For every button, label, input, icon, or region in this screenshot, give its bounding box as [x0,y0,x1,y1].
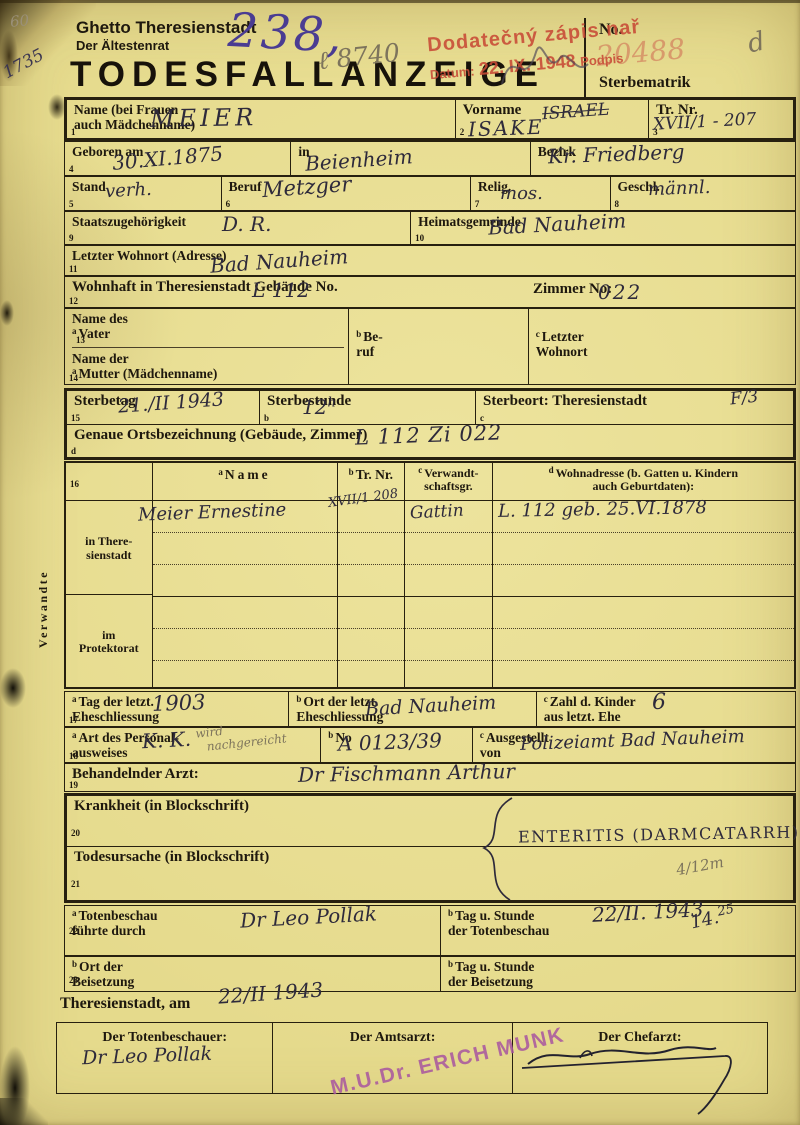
field-number: 6 [226,199,231,209]
corner-pencil-number: 60 [9,11,30,31]
field-number: 23 [69,975,78,985]
hw-sig-totenbeschauer: Dr Leo Pollak [82,1043,213,1070]
field-tag-beisetzung: bTag u. Stunde der Beisetzung [440,957,795,991]
field-number: 18 [69,751,78,761]
field-number: 5 [69,199,74,209]
field-number: 15 [71,413,80,423]
hw-genaue-orts: L 112 Zi 022 [355,420,503,449]
field-number: 4 [69,164,74,174]
corner-tear [0,1098,48,1125]
hw-rel-verwandtschaft: Gattin [410,501,465,524]
row-letzter-wohnort: Letzter Wohnort (Adresse) 11 [64,245,796,276]
scan-edge [0,0,800,3]
chefarzt-signature [520,1028,750,1118]
death-notice-form: Ghetto Theresienstadt Der Ältestenrat TO… [0,0,800,1125]
hw-religion: mos. [500,183,543,204]
hw-sterbestunde: 12h [302,395,336,419]
field-number: 17 [69,715,78,725]
hw-gebaeude-no: L 112 [252,278,310,302]
stamp-datum-label: Datum: [429,63,475,82]
field-sterbestunde: Sterbestunde b [259,391,475,424]
relatives-table: 16 in There- sienstadt im Protektorat aN… [64,461,796,689]
hw-zahl-kinder: 6 [652,690,666,715]
field-number: 8 [615,199,620,209]
hw-staat: D. R. [222,212,271,236]
margin-number: 1735 [0,45,47,83]
field-number: 14 [69,373,78,383]
row-eltern: Name des aVater 13 Name der aMutter (Mäd… [64,308,796,385]
handwritten-brace [468,796,524,902]
hw-tag-eheschliessung: 1903 [152,690,206,716]
table-col-name: aName [152,463,337,687]
field-number: 16 [70,479,79,489]
table-col-wohnadresse: dWohnadresse (b. Gatten u. Kindern auch … [492,463,794,687]
field-eltern-wohnort: cLetzter Wohnort [528,309,795,384]
table-row [153,661,337,693]
paper-hole [0,1046,30,1125]
sterbematrik-label: Sterbematrik [599,74,691,92]
additional-entry-stamp: Dodatečný zápis nař Datum: 22. IX. 1948 … [426,6,759,85]
field-number: 20 [71,828,80,838]
field-wohnhaft: Wohnhaft in Theresienstadt Gebäude No. Z… [65,277,795,307]
table-row [153,629,337,661]
field-number: 7 [475,199,480,209]
field-name: Name (bei Frauen auch Mädchenname) 1 [67,100,455,138]
hw-behandelnder-arzt: Dr Fischmann Arthur [298,759,515,787]
table-row [153,533,337,565]
paper-hole [0,300,14,326]
field-sub: b [264,413,269,423]
field-number: 13 [76,335,85,345]
hw-rel-adresse: L. 112 geb. 25.VI.1878 [498,497,707,522]
field-number: 21 [71,879,80,889]
verwandte-side-label: Verwandte [36,570,51,648]
field-number: 12 [69,296,78,306]
field-number: 11 [69,264,78,274]
field-number: 2 [460,127,465,137]
paper-hole [0,668,26,708]
hw-ausweis-no: A 0123/39 [338,728,443,756]
hw-sterbeort-note: F/3 [729,387,759,410]
field-sub: d [71,446,76,456]
table-row [153,597,337,629]
field-number: 1 [71,127,76,137]
place-date-label: Theresienstadt, am [60,995,190,1013]
hw-vorname: ISAKE [468,115,544,142]
hw-name: MEIER [150,103,258,133]
table-row [153,565,337,597]
field-number: 10 [415,233,424,243]
row-beisetzung: bOrt der Beisetzung 23 bTag u. Stunde de… [64,956,796,992]
field-number: 9 [69,233,74,243]
group-protektorat: im Protektorat [66,594,152,689]
table-col-groups: 16 in There- sienstadt im Protektorat [66,463,152,687]
field-eltern-beruf: bBe- ruf [348,309,528,384]
hw-art-ausweis: K. K. [141,727,191,754]
row-staat: Staatszugehörigkeit 9 Heimatsgemeinde 10 [64,211,796,245]
row-wohnhaft: Wohnhaft in Theresienstadt Gebäude No. Z… [64,276,796,308]
field-letzter-wohnort: Letzter Wohnort (Adresse) 11 [65,246,795,275]
box-krankheit: Krankheit (in Blockschrift) 20 Todesursa… [64,793,796,903]
pencil-scribble [498,36,593,98]
field-eltern-namen: Name des aVater 13 Name der aMutter (Mäd… [65,309,348,384]
hw-stand: verh. [104,179,152,202]
hw-bezirk: Kr. Friedberg [548,140,685,169]
hw-zimmer-no: 022 [598,280,642,304]
field-number: 22 [69,926,78,936]
field-number: 19 [69,780,78,790]
hw-geschlecht: männl. [648,177,711,200]
table-col-verwandtschaft: cVerwandt- schaftsgr. [404,463,492,687]
